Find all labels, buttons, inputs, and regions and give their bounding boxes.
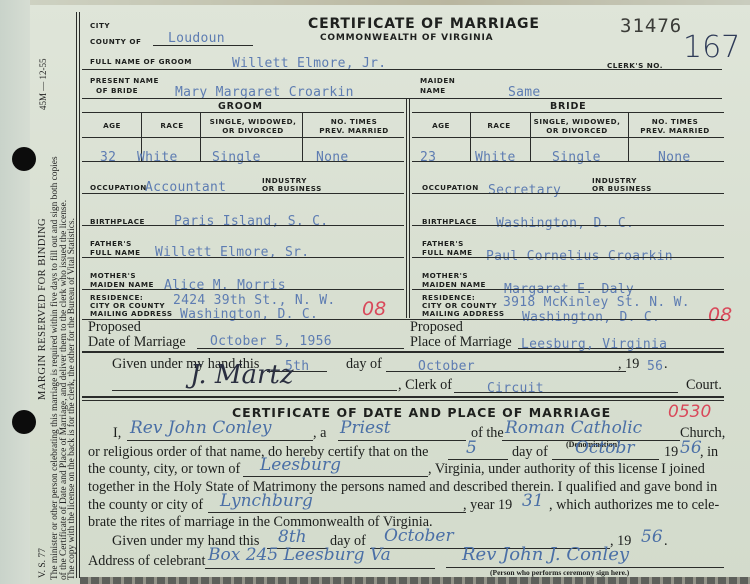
rule	[82, 289, 404, 290]
groom-name-label: FULL NAME OF GROOM	[90, 58, 192, 67]
license-month: October	[418, 359, 475, 374]
clerk-signature: J. Martz	[190, 360, 294, 390]
underline	[205, 568, 435, 569]
license-year-suffix: .	[664, 356, 668, 373]
rule	[82, 69, 722, 70]
binder-hole-icon	[12, 410, 36, 434]
cert-line2: or religious order of that name, do here…	[88, 444, 428, 461]
county-label: COUNTY OF	[90, 38, 141, 47]
certificate-code: 0530	[668, 402, 711, 422]
groom-status-header-2: OR DIVORCED	[202, 127, 304, 136]
rule	[82, 161, 404, 162]
proposed-date-label-2: Date of Marriage	[88, 334, 186, 351]
officiant-name: Rev John Conley	[130, 418, 272, 438]
column-divider	[406, 98, 407, 318]
cert-town: Leesburg	[260, 455, 341, 475]
certificate-title: CERTIFICATE OF MARRIAGE	[308, 16, 540, 32]
margin-border	[79, 12, 80, 578]
underline	[552, 459, 659, 460]
rule	[412, 193, 724, 194]
rule	[82, 137, 404, 138]
rule	[412, 112, 724, 113]
cert-month: Octobr	[575, 438, 635, 458]
celebrant-address: Box 245 Leesburg Va	[208, 545, 391, 565]
city-label: CITY	[90, 22, 110, 31]
signature-underline	[112, 390, 397, 391]
bond-city: Lynchburg	[220, 491, 313, 511]
col-rule	[470, 113, 471, 161]
bride-status-header-2: OR DIVORCED	[528, 127, 626, 136]
cert-day-of: day of	[512, 444, 548, 461]
groom-race: White	[137, 150, 178, 165]
cert-line5-mid: , year 19	[463, 497, 512, 514]
rule	[412, 257, 724, 258]
clerk-number-handwritten: 167	[683, 30, 740, 65]
cert-i-prefix: I,	[113, 425, 121, 442]
groom-times-header-2: PREV. MARRIED	[304, 127, 404, 136]
proposed-place-value: Leesburg, Virginia	[521, 337, 667, 352]
rule	[82, 257, 404, 258]
cert-line3-prefix: the county, city, or town of	[88, 461, 240, 478]
celebrant-signature: Rev John J. Conley	[462, 544, 629, 565]
bride-times-married: None	[658, 150, 691, 165]
rule	[412, 289, 724, 290]
cert-line4: together in the Holy State of Matrimony …	[88, 479, 717, 496]
bride-times-header-2: PREV. MARRIED	[626, 127, 724, 136]
underline	[338, 440, 466, 441]
bride-age-header: AGE	[412, 122, 470, 131]
groom-birthplace: Paris Island, S. C.	[174, 214, 328, 229]
bond-year: 31	[522, 491, 544, 511]
cert-line5-prefix: the county or city of	[88, 497, 203, 514]
bride-race-header: RACE	[470, 122, 528, 131]
celebrant-address-label: Address of celebrant	[88, 553, 205, 570]
groom-residence-label-3: MAILING ADDRESS	[90, 310, 173, 319]
bride-residence-city: Washington, D. C.	[522, 310, 660, 325]
certificate-subtitle: COMMONWEALTH OF VIRGINIA	[320, 33, 493, 43]
bride-residence-code: 08	[708, 304, 732, 326]
groom-status: Single	[212, 150, 261, 165]
rule	[82, 396, 724, 398]
proposed-date-value: October 5, 1956	[210, 334, 332, 349]
col-rule	[200, 113, 201, 161]
groom-race-header: RACE	[142, 122, 202, 131]
underline	[243, 476, 428, 477]
cert-year-prefix: 19	[664, 444, 678, 461]
rule	[412, 137, 724, 138]
license-year-prefix: , 19	[618, 356, 639, 373]
cert-given-year: 56	[641, 527, 663, 547]
groom-occupation-label: OCCUPATION	[90, 184, 147, 193]
binding-margin	[0, 0, 30, 584]
maiden-name-label: MAIDEN	[420, 77, 455, 86]
rule	[82, 319, 724, 320]
bride-occupation: Secretary	[488, 183, 561, 198]
cert-year: 56	[680, 438, 702, 458]
court-value: Circuit	[487, 381, 544, 396]
groom-age-header: AGE	[82, 122, 142, 131]
county-value: Loudoun	[168, 31, 225, 46]
column-divider	[409, 98, 410, 318]
proposed-place-label-2: Place of Marriage	[410, 334, 512, 351]
binder-hole-icon	[12, 147, 36, 171]
groom-residence-street: 2424 39th St., N. W.	[173, 293, 336, 308]
groom-times-married: None	[316, 150, 349, 165]
bride-occupation-label: OCCUPATION	[422, 184, 479, 193]
cert-day: 5	[466, 438, 477, 458]
bride-heading: BRIDE	[550, 101, 586, 112]
paper-top-edge	[0, 0, 750, 5]
maiden-name-label-2: NAME	[420, 87, 446, 96]
underline	[448, 459, 508, 460]
groom-heading: GROOM	[218, 101, 263, 112]
rule	[412, 161, 724, 162]
groom-age: 32	[100, 150, 116, 165]
bride-residence-street: 3918 McKinley St. N. W.	[503, 295, 690, 310]
cert-year-suffix: , in	[700, 444, 718, 461]
rule	[82, 400, 724, 401]
rule	[412, 225, 724, 226]
margin-heading: MARGIN RESERVED FOR BINDING	[38, 218, 48, 400]
groom-residence-code: 08	[362, 298, 386, 320]
officiant-title: Priest	[340, 418, 391, 438]
col-rule	[628, 113, 629, 161]
cert-line5-suffix: , which authorizes me to cele-	[549, 497, 719, 514]
bride-birthplace: Washington, D. C.	[496, 216, 634, 231]
rule	[82, 112, 404, 113]
bride-age: 23	[420, 150, 436, 165]
underline	[127, 440, 313, 441]
signature-caption: (Person who performs ceremony sign here.…	[490, 568, 629, 577]
cert-a-word: , a	[313, 425, 326, 442]
cert-given-day: 8th	[278, 527, 307, 547]
denomination-value: Roman Catholic	[505, 418, 642, 438]
bride-residence-label-3: MAILING ADDRESS	[422, 310, 505, 319]
paper-bottom-edge	[80, 577, 750, 584]
cert-given-month: October	[384, 526, 454, 546]
certificate-number: 31476	[620, 15, 682, 37]
rule	[82, 225, 404, 226]
clerk-of-label: , Clerk of	[398, 377, 452, 394]
print-code: 45M — 12-55	[38, 59, 48, 111]
bride-name-label: PRESENT NAME	[90, 77, 159, 86]
bride-status: Single	[552, 150, 601, 165]
license-day-of: day of	[346, 356, 382, 373]
license-year: 56	[647, 359, 663, 374]
rule	[82, 98, 722, 99]
bride-race: White	[475, 150, 516, 165]
groom-mother: Alice M. Morris	[164, 278, 286, 293]
col-rule	[302, 113, 303, 161]
cert-line6: brate the rites of marriage in the Commo…	[88, 514, 433, 531]
court-suffix: Court.	[686, 377, 722, 394]
margin-border	[76, 12, 77, 578]
cert-given-year-suffix: .	[664, 533, 668, 550]
rule	[82, 351, 724, 353]
form-code: V. S. 77	[38, 548, 48, 578]
col-rule	[530, 113, 531, 161]
rule	[82, 193, 404, 194]
underline	[208, 512, 466, 513]
cert-line3-suffix: , Virginia, under authority of this lice…	[428, 461, 705, 478]
bride-name-label-2: OF BRIDE	[96, 87, 138, 96]
